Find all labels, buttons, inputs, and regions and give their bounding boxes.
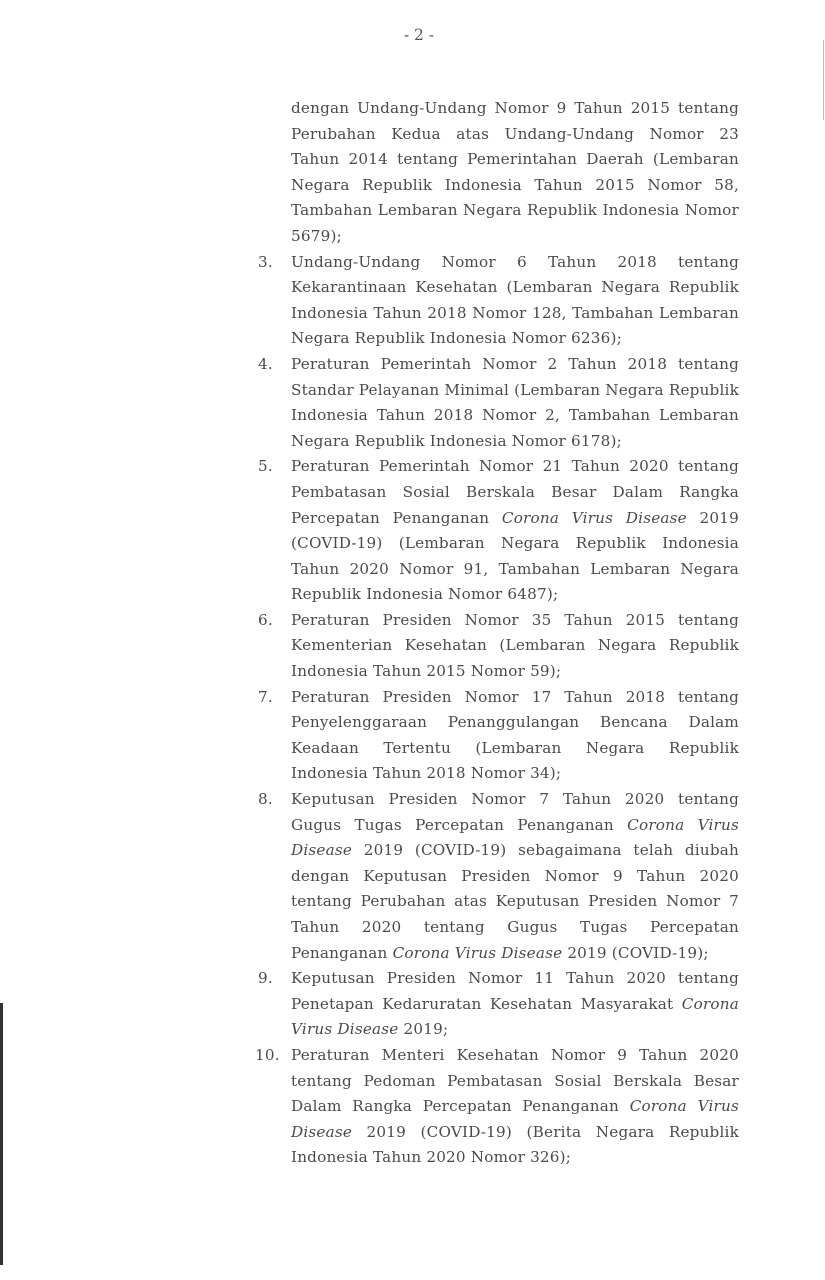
item-number: 6. — [258, 608, 288, 634]
item-text: Peraturan Presiden Nomor 17 Tahun 2018 t… — [291, 685, 739, 787]
item-text: Peraturan Presiden Nomor 35 Tahun 2015 t… — [291, 608, 739, 685]
text-segment: Undang-Undang Nomor 6 Tahun 2018 tentang… — [291, 253, 739, 348]
scan-edge-right — [823, 40, 824, 120]
list-item: 7.Peraturan Presiden Nomor 17 Tahun 2018… — [291, 685, 739, 787]
item-text: Undang-Undang Nomor 6 Tahun 2018 tentang… — [291, 250, 739, 352]
text-segment: 2019; — [398, 1020, 448, 1038]
continuation-paragraph: dengan Undang-Undang Nomor 9 Tahun 2015 … — [291, 96, 739, 250]
text-segment: Peraturan Presiden Nomor 17 Tahun 2018 t… — [291, 688, 739, 783]
item-text: Keputusan Presiden Nomor 7 Tahun 2020 te… — [291, 787, 739, 966]
numbered-items: 3.Undang-Undang Nomor 6 Tahun 2018 tenta… — [291, 250, 739, 1171]
page-number: - 2 - — [0, 26, 825, 44]
item-number: 8. — [258, 787, 288, 813]
item-number: 3. — [258, 250, 288, 276]
text-segment: 2019 (COVID-19) (Berita Negara Republik … — [291, 1123, 739, 1167]
item-number: 5. — [258, 454, 288, 480]
list-item: 5.Peraturan Pemerintah Nomor 21 Tahun 20… — [291, 454, 739, 608]
list-item: 3.Undang-Undang Nomor 6 Tahun 2018 tenta… — [291, 250, 739, 352]
text-segment: Peraturan Pemerintah Nomor 2 Tahun 2018 … — [291, 355, 739, 450]
item-text: Peraturan Menteri Kesehatan Nomor 9 Tahu… — [291, 1043, 739, 1171]
list-item: 10.Peraturan Menteri Kesehatan Nomor 9 T… — [291, 1043, 739, 1171]
italic-term: Corona Virus Disease — [502, 509, 687, 527]
text-segment: Keputusan Presiden Nomor 11 Tahun 2020 t… — [291, 969, 739, 1013]
item-number: 4. — [258, 352, 288, 378]
item-number: 7. — [258, 685, 288, 711]
item-number: 9. — [258, 966, 288, 992]
text-segment: 2019 (COVID-19); — [562, 944, 708, 962]
list-item: 9.Keputusan Presiden Nomor 11 Tahun 2020… — [291, 966, 739, 1043]
italic-term: Corona Virus Disease — [393, 944, 563, 962]
item-text: Peraturan Pemerintah Nomor 2 Tahun 2018 … — [291, 352, 739, 454]
legal-basis-list: dengan Undang-Undang Nomor 9 Tahun 2015 … — [291, 96, 739, 1171]
list-item: 8.Keputusan Presiden Nomor 7 Tahun 2020 … — [291, 787, 739, 966]
scan-edge-left — [0, 1003, 3, 1265]
item-text: Keputusan Presiden Nomor 11 Tahun 2020 t… — [291, 966, 739, 1043]
list-item: 6.Peraturan Presiden Nomor 35 Tahun 2015… — [291, 608, 739, 685]
item-number: 10. — [255, 1043, 285, 1069]
item-text: Peraturan Pemerintah Nomor 21 Tahun 2020… — [291, 454, 739, 608]
text-segment: Peraturan Presiden Nomor 35 Tahun 2015 t… — [291, 611, 739, 680]
list-item: 4.Peraturan Pemerintah Nomor 2 Tahun 201… — [291, 352, 739, 454]
